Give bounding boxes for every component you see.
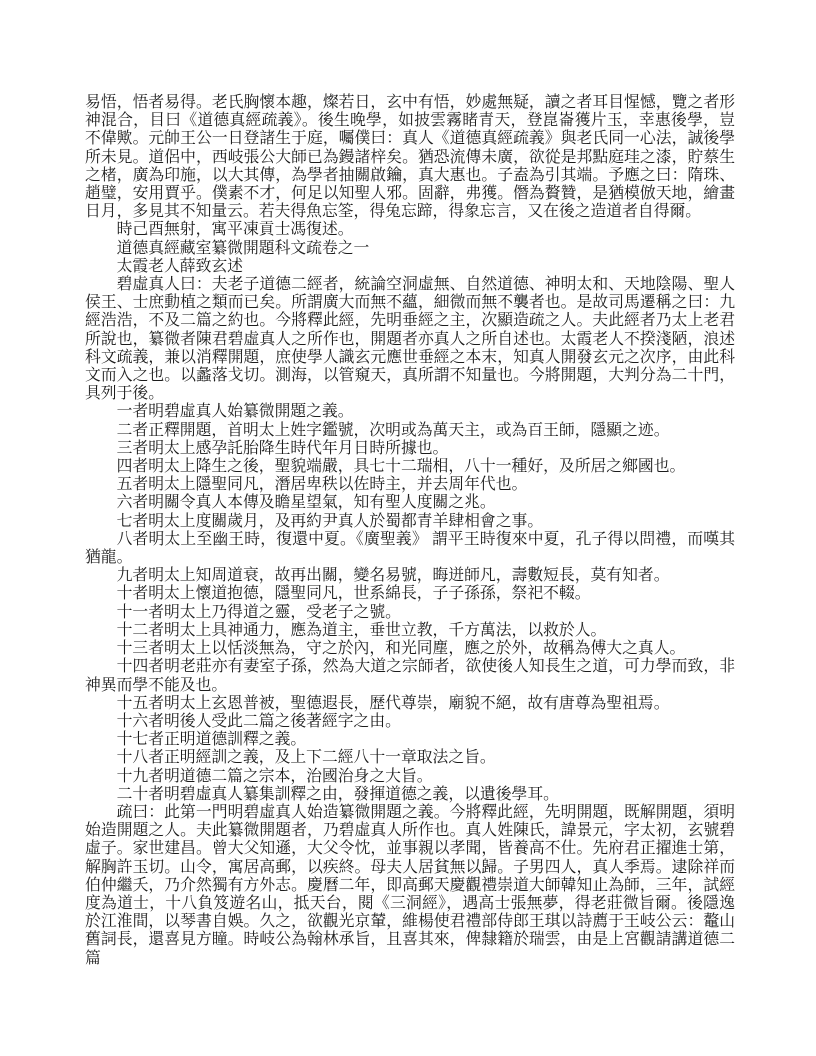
paragraph: 四者明太上降生之後，聖貌端嚴，具七十二瑞相，八十一種好，及所居之鄉國也。 xyxy=(85,458,735,476)
paragraph: 十五者明太上玄恩普被，聖德遐長，歷代尊崇，廟貌不絕，故有唐尊為聖祖焉。 xyxy=(85,695,735,713)
paragraph: 十四者明老莊亦有妻室子孫，然為大道之宗師者，欲使後人知長生之道，可力學而致，非神… xyxy=(85,658,735,694)
paragraph: 十六者明後人受此二篇之後著經字之由。 xyxy=(85,713,735,731)
paragraph: 三者明太上感孕託胎降生時代年月日時所據也。 xyxy=(85,440,735,458)
document-body: 易悟，悟者易得。老氏胸懷本趣，燦若日，玄中有悟，妙處無疑，讀之者耳目惺憾，覽之者… xyxy=(85,94,735,968)
paragraph: 五者明太上隱聖同凡，潛居卑秩以佐時主，并去周年代也。 xyxy=(85,476,735,494)
paragraph: 十八者正明經訓之義，及上下二經八十一章取法之旨。 xyxy=(85,749,735,767)
paragraph: 十者明太上懷道抱德，隱聖同凡，世系綿長，子子孫孫，祭祀不輟。 xyxy=(85,585,735,603)
paragraph: 碧虛真人曰：夫老子道德二經者，統論空洞虛無、自然道德、神明太和、天地陰陽、聖人侯… xyxy=(85,276,735,403)
paragraph: 二者正釋開題，首明太上姓字鑑號，次明或為萬天主，或為百王師，隱顯之迹。 xyxy=(85,422,735,440)
paragraph: 太霞老人薛致玄述 xyxy=(85,258,735,276)
paragraph: 時己酉無射，寓平凍貢士馮復述。 xyxy=(85,221,735,239)
paragraph: 十三者明太上以恬淡無為，守之於內，和光同塵，應之於外，故稱為傅大之真人。 xyxy=(85,640,735,658)
paragraph: 易悟，悟者易得。老氏胸懷本趣，燦若日，玄中有悟，妙處無疑，讀之者耳目惺憾，覽之者… xyxy=(85,94,735,221)
paragraph: 十九者明道德二篇之宗本，治國治身之大旨。 xyxy=(85,768,735,786)
paragraph: 二十者明碧虛真人纂集訓釋之由，發揮道德之義，以遺後學耳。 xyxy=(85,786,735,804)
document-page: 易悟，悟者易得。老氏胸懷本趣，燦若日，玄中有悟，妙處無疑，讀之者耳目惺憾，覽之者… xyxy=(0,0,816,1056)
paragraph: 疏曰：此第一門明碧虛真人始造纂微開題之義。今將釋此經，先明開題，既解開題，須明始… xyxy=(85,804,735,968)
paragraph: 十一者明太上乃得道之靈，受老子之號。 xyxy=(85,604,735,622)
paragraph: 九者明太上知周道衰，故再出關，變名易號，晦迸師凡，壽數短長，莫有知者。 xyxy=(85,567,735,585)
paragraph: 七者明太上度關歲月，及再約尹真人於蜀都青羊肆相會之事。 xyxy=(85,513,735,531)
paragraph: 十七者正明道德訓釋之義。 xyxy=(85,731,735,749)
paragraph: 六者明關令真人本傳及瞻星望氣，知有聖人度關之兆。 xyxy=(85,494,735,512)
paragraph: 道德真經藏室纂微開題科文疏卷之一 xyxy=(85,240,735,258)
paragraph: 十二者明太上具神通力，應為道主，垂世立教，千方萬法，以救於人。 xyxy=(85,622,735,640)
paragraph: 一者明碧虛真人始纂微開題之義。 xyxy=(85,403,735,421)
paragraph: 八者明太上至幽王時，復還中夏。《廣聖義》 謂平王時復來中夏，孔子得以問禮，而嘆其… xyxy=(85,531,735,567)
